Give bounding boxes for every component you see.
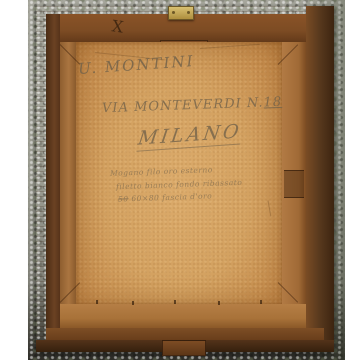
stretcher-bar-bottom [60, 304, 306, 328]
photo-of-frame-back: X U. MONTINI VIA MONTEVERDI N.18 MILANO … [0, 0, 360, 360]
frame-bottom-molding [46, 328, 324, 340]
inscription-note-struck: 50 [118, 194, 129, 203]
screw-icon [172, 11, 175, 14]
frame-right-edge [306, 6, 334, 352]
inscription-street-number: 18 [263, 95, 282, 111]
stretcher-joint-right [284, 170, 304, 198]
frame-left-edge [46, 14, 60, 344]
screw-icon [187, 11, 190, 14]
nail [174, 300, 176, 304]
nail [260, 300, 262, 304]
stretcher-bar-left [60, 42, 76, 304]
bottom-center-wood-block [162, 340, 206, 356]
nail [132, 301, 134, 305]
nail [96, 300, 98, 304]
nail [218, 301, 220, 305]
brass-hanger-plate [168, 6, 194, 20]
